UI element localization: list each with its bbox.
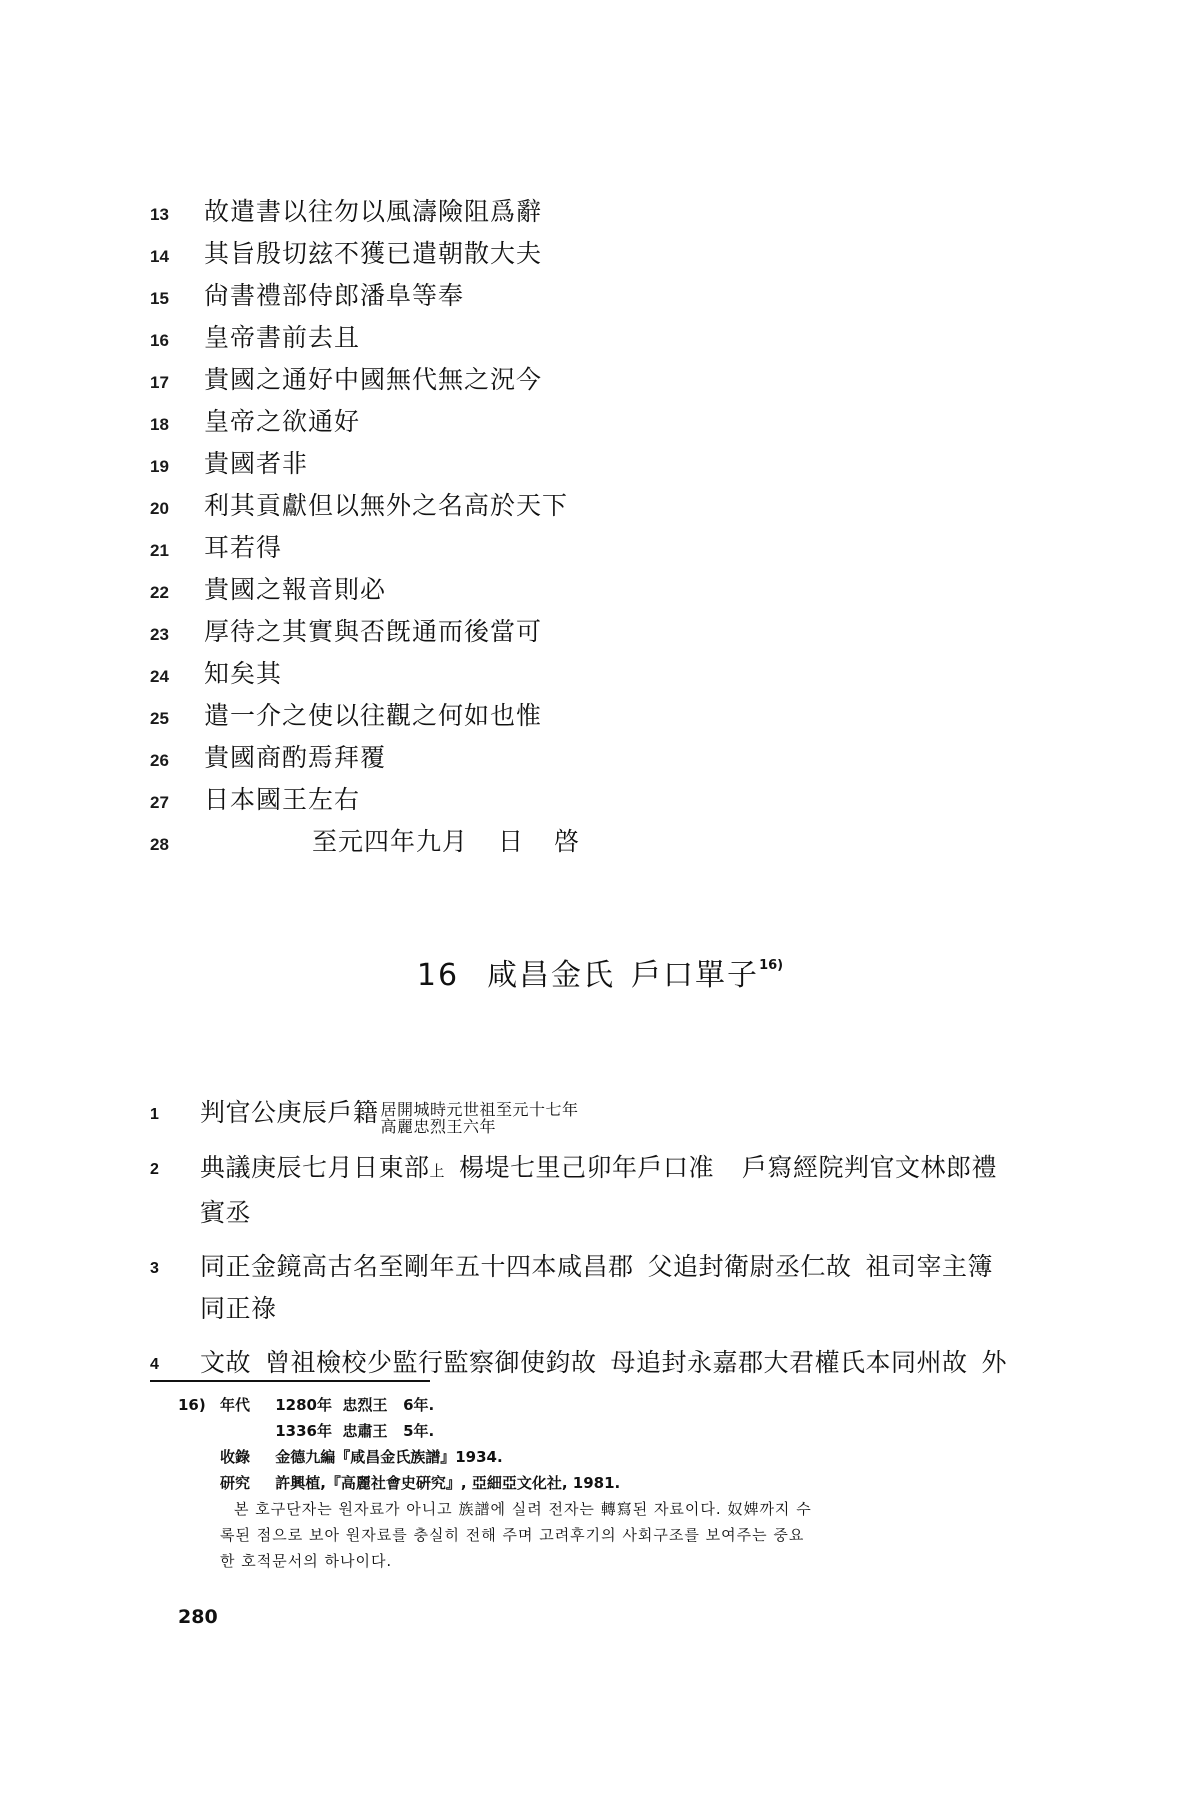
main-text: 判官公庚辰戶籍 [200,1098,379,1127]
line-number: 14 [150,247,204,267]
line-number: 15 [150,289,204,309]
section-title-part1: 咸昌金氏 [487,958,615,993]
line-number: 19 [150,457,204,477]
interlinear-annotation: 居開城時元世祖至元十七年高麗忠烈王六年 [381,1101,579,1135]
letter-line: 27日本國王左右 [150,780,850,822]
section-number: 16 [417,958,459,993]
research-text: 許興植,『高麗社會史硏究』, 亞細亞文化社, 1981. [275,1474,620,1492]
line-text: 皇帝書前去且 [204,318,360,354]
segment: 母追封永嘉郡大君權氏本同州故 [611,1348,968,1377]
line-number: 13 [150,205,204,225]
segment: 同正金鏡高古名至剛年五十四本咸昌郡 [200,1252,634,1281]
line-text: 文故曾祖檢校少監行監察御使鈞故母追封永嘉郡大君權氏本同州故外 [200,1342,1007,1384]
collection-label: 收錄 [220,1444,270,1470]
source-line: 4 文故曾祖檢校少監行監察御使鈞故母追封永嘉郡大君權氏本同州故外 [150,1342,1050,1384]
footnote: 16)年代 1280年 忠烈王 6年. 1336年 忠肅王 5年. 收錄 金德九… [178,1392,1058,1574]
era-year: 1280年 [275,1396,332,1414]
letter-line: 19貴國者非 [150,444,850,486]
line-number: 23 [150,625,204,645]
era-reign: 忠肅王 [342,1422,387,1440]
letter-line: 18皇帝之欲通好 [150,402,850,444]
segment: 戶寫經院判官文林郎禮 [742,1153,997,1182]
line-number: 24 [150,667,204,687]
letter-line: 21耳若得 [150,528,850,570]
line-text: 貴國之通好中國無代無之況今 [204,360,542,396]
era-year: 1336年 [275,1422,332,1440]
collection-text: 金德九編『咸昌金氏族譜』1934. [275,1448,502,1466]
letter-line: 20利其貢獻但以無外之名高於天下 [150,486,850,528]
line-number: 26 [150,751,204,771]
continuation: 同正祿 [200,1294,277,1323]
line-number: 20 [150,499,204,519]
line-text: 厚待之其實與否旣通而後當可 [204,612,542,648]
segment: 外 [982,1348,1008,1377]
footnote-divider [150,1380,430,1382]
source-line: 1 判官公庚辰戶籍居開城時元世祖至元十七年高麗忠烈王六年 [150,1092,1050,1135]
letter-line: 15尙書禮部侍郎潘阜等奉 [150,276,850,318]
document-page: 13故遣書以往勿以風濤險阻爲辭 14其旨殷切玆不獲已遣朝散大夫 15尙書禮部侍郎… [0,0,1200,1800]
line-text: 遣一介之使以往觀之何如也惟 [204,696,542,732]
line-number: 18 [150,415,204,435]
day-text: 日 [498,827,524,856]
segment: 父追封衛尉丞仁故 [648,1252,852,1281]
research-label: 研究 [220,1470,270,1496]
line-number: 3 [150,1246,200,1278]
line-number: 2 [150,1147,200,1179]
segment: 祖司宰主簿 [866,1252,994,1281]
source-line: 3 同正金鏡高古名至剛年五十四本咸昌郡父追封衛尉丞仁故祖司宰主簿同正祿 [150,1246,1050,1330]
letter-line: 23厚待之其實與否旣通而後當可 [150,612,850,654]
line-text: 典議庚辰七月日東部上楊堤七里己卯年戶口准戶寫經院判官文林郎禮賓丞 [200,1147,997,1234]
line-text: 其旨殷切玆不獲已遣朝散大夫 [204,234,542,270]
letter-line: 22貴國之報音則必 [150,570,850,612]
letter-line: 26貴國商酌焉拜覆 [150,738,850,780]
line-number: 21 [150,541,204,561]
line-text: 同正金鏡高古名至剛年五十四本咸昌郡父追封衛尉丞仁故祖司宰主簿同正祿 [200,1246,993,1330]
footnote-era-row: 16)年代 1280年 忠烈王 6年. [178,1392,1058,1418]
small-mark: 上 [430,1162,446,1180]
line-text: 至元四年九月日啓 [204,822,580,858]
line-number: 27 [150,793,204,813]
line-number: 28 [150,835,204,855]
letter-line: 25遣一介之使以往觀之何如也惟 [150,696,850,738]
segment: 文故 [200,1348,251,1377]
note-text: 록된 점으로 보아 원자료를 충실히 전해 주며 고려후기의 사회구조를 보여주… [220,1526,804,1544]
segment: 曾祖檢校少監行監察御使鈞故 [265,1348,597,1377]
footnote-note: 본 호구단자는 원자료가 아니고 族譜에 실려 전자는 轉寫된 자료이다. 奴婢… [178,1496,1058,1574]
note-text: 한 호적문서의 하나이다. [220,1552,392,1570]
note-line: 록된 점으로 보아 원자료를 충실히 전해 주며 고려후기의 사회구조를 보여주… [220,1522,1058,1548]
line-text: 利其貢獻但以無外之名高於天下 [204,486,568,522]
section-heading: 16咸昌金氏戶口單子16) [0,950,1200,994]
segment: 楊堤七里己卯年戶口准 [459,1153,714,1182]
closing-text: 啓 [554,827,580,856]
letter-line: 16皇帝書前去且 [150,318,850,360]
line-text: 貴國商酌焉拜覆 [204,738,386,774]
line-text: 耳若得 [204,528,282,564]
line-number: 17 [150,373,204,393]
letter-text-block: 13故遣書以往勿以風濤險阻爲辭 14其旨殷切玆不獲已遣朝散大夫 15尙書禮部侍郎… [150,192,850,864]
line-text: 判官公庚辰戶籍居開城時元世祖至元十七年高麗忠烈王六年 [200,1092,579,1135]
line-text: 故遣書以往勿以風濤險阻爲辭 [204,192,542,228]
footnote-research-row: 研究 許興植,『高麗社會史硏究』, 亞細亞文化社, 1981. [178,1470,1058,1496]
letter-line: 17貴國之通好中國無代無之況今 [150,360,850,402]
section-title-part2: 戶口單子 [631,958,759,993]
continuation: 賓丞 [200,1198,251,1227]
era-reign-year: 6年. [403,1396,434,1414]
line-number: 4 [150,1342,200,1374]
line-number: 25 [150,709,204,729]
footnote-id: 16) [178,1392,220,1418]
source-text-block: 1 判官公庚辰戶籍居開城時元世祖至元十七年高麗忠烈王六年 2 典議庚辰七月日東部… [150,1092,1050,1396]
line-number: 22 [150,583,204,603]
segment: 典議庚辰七月日東部 [200,1153,430,1182]
note-line: 한 호적문서의 하나이다. [220,1548,1058,1574]
line-text: 貴國之報音則必 [204,570,386,606]
note-line: 본 호구단자는 원자료가 아니고 族譜에 실려 전자는 轉寫된 자료이다. 奴婢… [220,1496,1058,1522]
note-text: 본 호구단자는 원자료가 아니고 族譜에 실려 전자는 轉寫된 자료이다. 奴婢… [234,1500,812,1518]
footnote-era-row: 1336年 忠肅王 5年. [178,1418,1058,1444]
annotation-upper: 居開城時元世祖至元十七年 [381,1101,579,1118]
line-number: 16 [150,331,204,351]
page-number: 280 [178,1606,218,1628]
letter-line: 24知矣其 [150,654,850,696]
era-label: 年代 [220,1392,270,1418]
letter-line: 13故遣書以往勿以風濤險阻爲辭 [150,192,850,234]
era-reign: 忠烈王 [342,1396,387,1414]
era-reign-year: 5年. [403,1422,434,1440]
date-text: 至元四年九月 [312,827,468,856]
letter-line: 14其旨殷切玆不獲已遣朝散大夫 [150,234,850,276]
source-line: 2 典議庚辰七月日東部上楊堤七里己卯年戶口准戶寫經院判官文林郎禮賓丞 [150,1147,1050,1234]
annotation-lower: 高麗忠烈王六年 [381,1118,579,1135]
letter-date-line: 28 至元四年九月日啓 [150,822,850,864]
line-number: 1 [150,1092,200,1124]
line-text: 日本國王左右 [204,780,360,816]
line-text: 尙書禮部侍郎潘阜等奉 [204,276,464,312]
footnote-collection-row: 收錄 金德九編『咸昌金氏族譜』1934. [178,1444,1058,1470]
line-text: 知矣其 [204,654,282,690]
footnote-reference: 16) [759,958,783,973]
line-text: 貴國者非 [204,444,308,480]
line-text: 皇帝之欲通好 [204,402,360,438]
